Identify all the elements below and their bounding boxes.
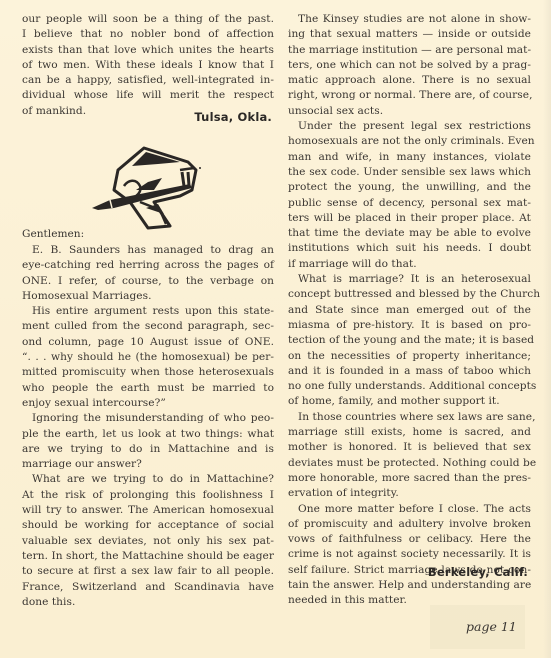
text-line: deviates must be protected. Nothing coul… xyxy=(288,456,531,471)
text-line: mother is honored. It is believed that s… xyxy=(288,440,531,455)
letter-two-left-column: E. B. Saunders has managed to drag aneye… xyxy=(22,243,274,610)
text-line: Homosexual Marriages. xyxy=(22,289,274,304)
text-line: One more matter before I close. The acts xyxy=(288,502,531,517)
text-line: are we trying to do in Mattachine and is xyxy=(22,442,274,457)
text-line: unsocial sex acts. xyxy=(288,104,531,119)
text-line: ond column, page 10 August issue of ONE. xyxy=(22,335,274,350)
text-line: and it is founded in a mass of taboo whi… xyxy=(288,364,531,379)
text-line: if marriage will do that. xyxy=(288,257,531,272)
text-line: ing that sexual matters — inside or outs… xyxy=(288,27,531,42)
text-line: of promiscuity and adultery involve brok… xyxy=(288,517,531,532)
page-edge-shadow xyxy=(543,0,551,658)
text-line: ple the earth, let us look at two things… xyxy=(22,427,274,442)
text-line: “. . . why should he (the homosexual) be… xyxy=(22,350,274,365)
text-line: mitted promiscuity when those heterosexu… xyxy=(22,365,274,380)
text-line: public sense of decency, personal sex ma… xyxy=(288,196,531,211)
salutation: Gentlemen: xyxy=(22,228,84,240)
text-line: crime is not against society necessarily… xyxy=(288,547,531,562)
text-line: our people will soon be a thing of the p… xyxy=(22,12,274,27)
signature-tulsa: Tulsa, Okla. xyxy=(22,110,272,124)
text-line: tection of the young and the mate; it is… xyxy=(288,333,531,348)
text-line: right, wrong or normal. There are, of co… xyxy=(288,88,531,103)
text-line: done this. xyxy=(22,595,274,610)
text-line: Ignoring the misunderstanding of who peo… xyxy=(22,411,274,426)
text-line: who people the earth must be married to xyxy=(22,381,274,396)
letter-two-right-column: The Kinsey studies are not alone in show… xyxy=(288,12,531,609)
hand-writing-with-pen-icon xyxy=(84,142,218,230)
text-line: ONE. I refer, of course, to the verbage … xyxy=(22,274,274,289)
text-line: man and wife, in many instances, violate xyxy=(288,150,531,165)
letter-one-end: our people will soon be a thing of the p… xyxy=(22,12,274,119)
text-line: the sex code. Under sensible sex laws wh… xyxy=(288,165,531,180)
text-line: no one fully understands. Additional con… xyxy=(288,379,531,394)
text-line: tern. In short, the Mattachine should be… xyxy=(22,549,274,564)
text-line: ervation of integrity. xyxy=(288,486,531,501)
text-line: marriage our answer? xyxy=(22,457,274,472)
text-line: His entire argument rests upon this stat… xyxy=(22,304,274,319)
text-line: of home, family, and mother support it. xyxy=(288,394,531,409)
text-line: vows of faithfulness or celibacy. Here t… xyxy=(288,532,531,547)
text-line: matic approach alone. There is no sexual xyxy=(288,73,531,88)
text-line: can be a happy, satisfied, well-integrat… xyxy=(22,73,274,88)
text-line: Under the present legal sex restrictions xyxy=(288,119,531,134)
text-line: France, Switzerland and Scandinavia have xyxy=(22,580,274,595)
text-line: tain the answer. Help and understanding … xyxy=(288,578,531,593)
text-line: more honorable, more sacred than the pre… xyxy=(288,471,531,486)
text-line: dividual whose life will merit the respe… xyxy=(22,88,274,103)
text-line: and State since man emerged out of the xyxy=(288,303,531,318)
signature-berkeley: Berkeley, Calif. xyxy=(288,565,528,579)
text-line: on the necessities of property inheritan… xyxy=(288,349,531,364)
text-line: homosexuals are not the only criminals. … xyxy=(288,134,531,149)
text-line: I believe that no nobler bond of affecti… xyxy=(22,27,274,42)
text-line: will try to answer. The American homosex… xyxy=(22,503,274,518)
text-line: ment culled from the second paragraph, s… xyxy=(22,319,274,334)
text-line: ters will be placed in their proper plac… xyxy=(288,211,531,226)
text-line: What is marriage? It is an heterosexual xyxy=(288,272,531,287)
text-line: eye-catching red herring across the page… xyxy=(22,258,274,273)
text-line: of two men. With these ideals I know tha… xyxy=(22,58,274,73)
text-line: At the risk of prolonging this foolishne… xyxy=(22,488,274,503)
text-line: In those countries where sex laws are sa… xyxy=(288,410,531,425)
text-line: concept buttressed and blessed by the Ch… xyxy=(288,287,531,302)
text-line: the marriage institution — are personal … xyxy=(288,43,531,58)
magazine-page: our people will soon be a thing of the p… xyxy=(0,0,551,658)
text-line: should be working for acceptance of soci… xyxy=(22,518,274,533)
text-line: enjoy sexual intercourse?” xyxy=(22,396,274,411)
text-line: The Kinsey studies are not alone in show… xyxy=(288,12,531,27)
text-line: miasma of pre-history. It is based on pr… xyxy=(288,318,531,333)
text-line: that time the deviate may be able to evo… xyxy=(288,226,531,241)
text-line: What are we trying to do in Mattachine? xyxy=(22,472,274,487)
text-line: to secure at first a sex law fair to all… xyxy=(22,564,274,579)
text-line: institutions which suit his needs. I dou… xyxy=(288,241,531,256)
text-line: protect the young, the unwilling, and th… xyxy=(288,180,531,195)
page-number: page 11 xyxy=(466,619,517,634)
text-line: E. B. Saunders has managed to drag an xyxy=(22,243,274,258)
text-line: marriage still exists, home is sacred, a… xyxy=(288,425,531,440)
text-line: valuable sex deviates, not only his sex … xyxy=(22,534,274,549)
text-line: ters, one which can not be solved by a p… xyxy=(288,58,531,73)
text-line: exists than that love which unites the h… xyxy=(22,43,274,58)
